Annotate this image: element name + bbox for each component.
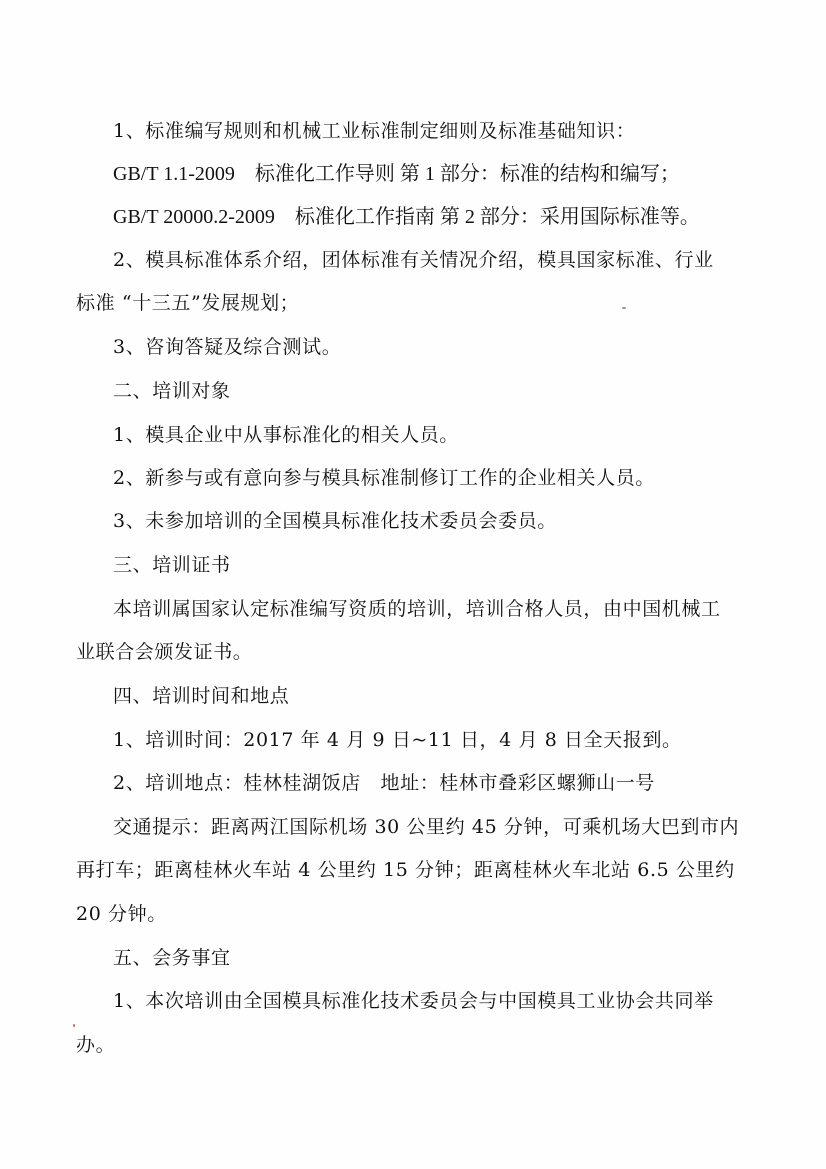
text-line-traffic-tips-cont2: 20 分钟。: [76, 902, 167, 926]
heading-time-and-place: 四、培训时间和地点: [113, 684, 289, 708]
text-line-gbt-20000-2: GB/T 20000.2-2009 标准化工作指南 第 2 部分：采用国际标准等…: [113, 205, 700, 229]
text-line-section1-item3: 3、咨询答疑及综合测试。: [113, 335, 341, 359]
text-line-certificate: 本培训属国家认定标准编写资质的培训，培训合格人员，由中国机械工: [113, 597, 721, 621]
text-line-meeting-affairs-1-cont: 办。: [76, 1033, 115, 1057]
text-line-certificate-cont: 业联合会颁发证书。: [76, 640, 252, 664]
text-line-section1-item2-cont: 标准 “十三五”发展规划；: [76, 291, 299, 315]
text-line-section1-item2: 2、模具标准体系介绍，团体标准有关情况介绍，模具国家标准、行业: [113, 248, 714, 272]
text-line-traffic-tips: 交通提示：距离两江国际机场 30 公里约 45 分钟，可乘机场大巴到市内: [113, 815, 739, 839]
text-line-traffic-tips-cont1: 再打车；距离桂林火车站 4 公里约 15 分钟；距离桂林火车北站 6.5 公里约: [76, 858, 735, 882]
scan-speck: [622, 307, 626, 309]
heading-training-audience: 二、培训对象: [113, 379, 231, 403]
text-line-section1-item1: 1、标准编写规则和机械工业标准制定细则及标准基础知识：: [113, 119, 635, 143]
heading-meeting-affairs: 五、会务事宜: [113, 946, 231, 970]
document-page: 1、标准编写规则和机械工业标准制定细则及标准基础知识： GB/T 1.1-200…: [0, 0, 826, 1169]
text-line-gbt-1-1: GB/T 1.1-2009 标准化工作导则 第 1 部分：标准的结构和编写；: [113, 162, 680, 186]
text-line-audience-2: 2、新参与或有意向参与模具标准制修订工作的企业相关人员。: [113, 466, 655, 490]
text-line-audience-3: 3、未参加培训的全国模具标准化技术委员会委员。: [113, 509, 557, 533]
text-line-meeting-affairs-1: 1、本次培训由全国模具标准化技术委员会与中国模具工业协会共同举: [113, 989, 714, 1013]
text-line-audience-1: 1、模具企业中从事标准化的相关人员。: [113, 423, 459, 447]
text-line-training-time: 1、培训时间：2017 年 4 月 9 日~11 日，4 月 8 日全天报到。: [113, 728, 682, 752]
heading-training-certificate: 三、培训证书: [113, 553, 231, 577]
text-line-training-location: 2、培训地点：桂林桂湖饭店 地址：桂林市叠彩区螺狮山一号: [113, 771, 655, 795]
scan-speck: [73, 1024, 75, 1027]
